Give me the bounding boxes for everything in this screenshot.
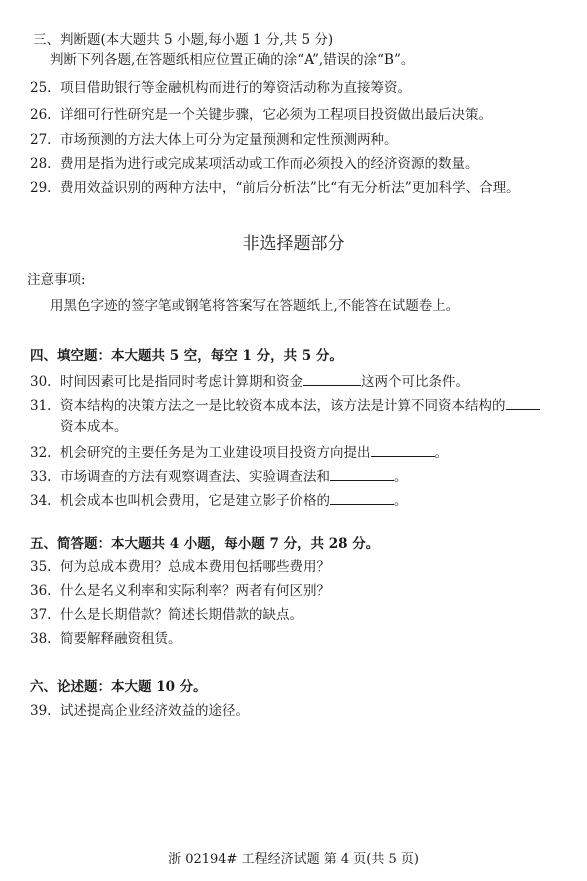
question-number: 37. <box>30 606 60 624</box>
question-text: 资本结构的决策方法之一是比较资本成本法，该方法是计算不同资本结构的 <box>60 398 506 414</box>
question-number: 25. <box>30 79 60 97</box>
question-33: 33.市场调查的方法有观察调查法、实验调查法和。 <box>30 466 408 486</box>
question-number: 32. <box>30 444 60 462</box>
question-text: 项目借助银行等金融机构而进行的筹资活动称为直接筹资。 <box>60 80 411 96</box>
question-text: 简要解释融资租赁。 <box>60 631 182 647</box>
section3-instruction: 判断下列各题,在答题纸相应位置正确的涂“A”,错误的涂“B”。 <box>50 51 414 69</box>
question-29: 29.费用效益识别的两种方法中，“前后分析法”比“有无分析法”更加科学、合理。 <box>30 179 520 197</box>
answer-blank <box>330 490 394 505</box>
question-31: 31.资本结构的决策方法之一是比较资本成本法，该方法是计算不同资本结构的 <box>30 395 540 415</box>
answer-blank <box>330 466 394 481</box>
question-text: 机会研究的主要任务是为工业建设项目投资方向提出 <box>60 445 371 461</box>
notice-text: 用黑色字迹的签字笔或钢笔将答案写在答题纸上,不能答在试题卷上。 <box>50 297 459 315</box>
question-37: 37.什么是长期借款？简述长期借款的缺点。 <box>30 606 303 624</box>
section6-heading: 六、论述题：本大题 10 分。 <box>30 678 207 696</box>
notice-label: 注意事项: <box>27 271 86 289</box>
question-text: 详细可行性研究是一个关键步骤，它必须为工程项目投资做出最后决策。 <box>60 107 492 123</box>
question-39: 39.试述提高企业经济效益的途径。 <box>30 702 249 720</box>
question-number: 29. <box>30 179 60 197</box>
question-number: 38. <box>30 630 60 648</box>
question-number: 30. <box>30 373 60 391</box>
question-number: 35. <box>30 558 60 576</box>
question-text-after: 。 <box>435 445 449 461</box>
part-title: 非选择题部分 <box>0 229 587 254</box>
question-number: 26. <box>30 106 60 124</box>
question-number: 39. <box>30 702 60 720</box>
question-text: 费用是指为进行或完成某项活动或工作而必须投入的经济资源的数量。 <box>60 156 479 172</box>
question-30: 30.时间因素可比是指同时考虑计算期和资金这两个可比条件。 <box>30 371 469 391</box>
answer-blank <box>506 395 540 410</box>
page-footer: 浙 02194# 工程经济试题 第 4 页(共 5 页) <box>0 848 587 867</box>
question-text: 市场调查的方法有观察调查法、实验调查法和 <box>60 469 330 485</box>
question-text-after: 。 <box>394 469 408 485</box>
question-25: 25.项目借助银行等金融机构而进行的筹资活动称为直接筹资。 <box>30 79 411 97</box>
question-text: 什么是名义利率和实际利率？两者有何区别？ <box>60 583 330 599</box>
question-number: 28. <box>30 155 60 173</box>
section3-heading: 三、判断题(本大题共 5 小题,每小题 1 分,共 5 分) <box>33 31 333 49</box>
question-text-after: 这两个可比条件。 <box>361 374 469 390</box>
question-number: 31. <box>30 397 60 415</box>
question-text: 什么是长期借款？简述长期借款的缺点。 <box>60 607 303 623</box>
question-text: 市场预测的方法大体上可分为定量预测和定性预测两种。 <box>60 132 398 148</box>
question-text: 时间因素可比是指同时考虑计算期和资金 <box>60 374 303 390</box>
question-number: 33. <box>30 468 60 486</box>
question-27: 27.市场预测的方法大体上可分为定量预测和定性预测两种。 <box>30 131 398 149</box>
question-number: 34. <box>30 492 60 510</box>
question-number: 36. <box>30 582 60 600</box>
question-31-continuation: 资本成本。 <box>60 418 128 436</box>
question-34: 34.机会成本也叫机会费用，它是建立影子价格的。 <box>30 490 408 510</box>
question-35: 35.何为总成本费用？总成本费用包括哪些费用？ <box>30 558 330 576</box>
question-text: 机会成本也叫机会费用，它是建立影子价格的 <box>60 493 330 509</box>
answer-blank <box>303 371 361 386</box>
question-38: 38.简要解释融资租赁。 <box>30 630 182 648</box>
question-32: 32.机会研究的主要任务是为工业建设项目投资方向提出。 <box>30 442 448 462</box>
question-text: 费用效益识别的两种方法中，“前后分析法”比“有无分析法”更加科学、合理。 <box>60 180 520 196</box>
section4-heading: 四、填空题：本大题共 5 空，每空 1 分，共 5 分。 <box>30 347 343 365</box>
section5-heading: 五、简答题：本大题共 4 小题，每小题 7 分，共 28 分。 <box>30 535 379 553</box>
question-36: 36.什么是名义利率和实际利率？两者有何区别？ <box>30 582 330 600</box>
question-26: 26.详细可行性研究是一个关键步骤，它必须为工程项目投资做出最后决策。 <box>30 106 492 124</box>
question-text: 何为总成本费用？总成本费用包括哪些费用？ <box>60 559 330 575</box>
question-text-after: 。 <box>394 493 408 509</box>
question-28: 28.费用是指为进行或完成某项活动或工作而必须投入的经济资源的数量。 <box>30 155 479 173</box>
question-number: 27. <box>30 131 60 149</box>
question-text: 试述提高企业经济效益的途径。 <box>60 703 249 719</box>
answer-blank <box>371 442 435 457</box>
